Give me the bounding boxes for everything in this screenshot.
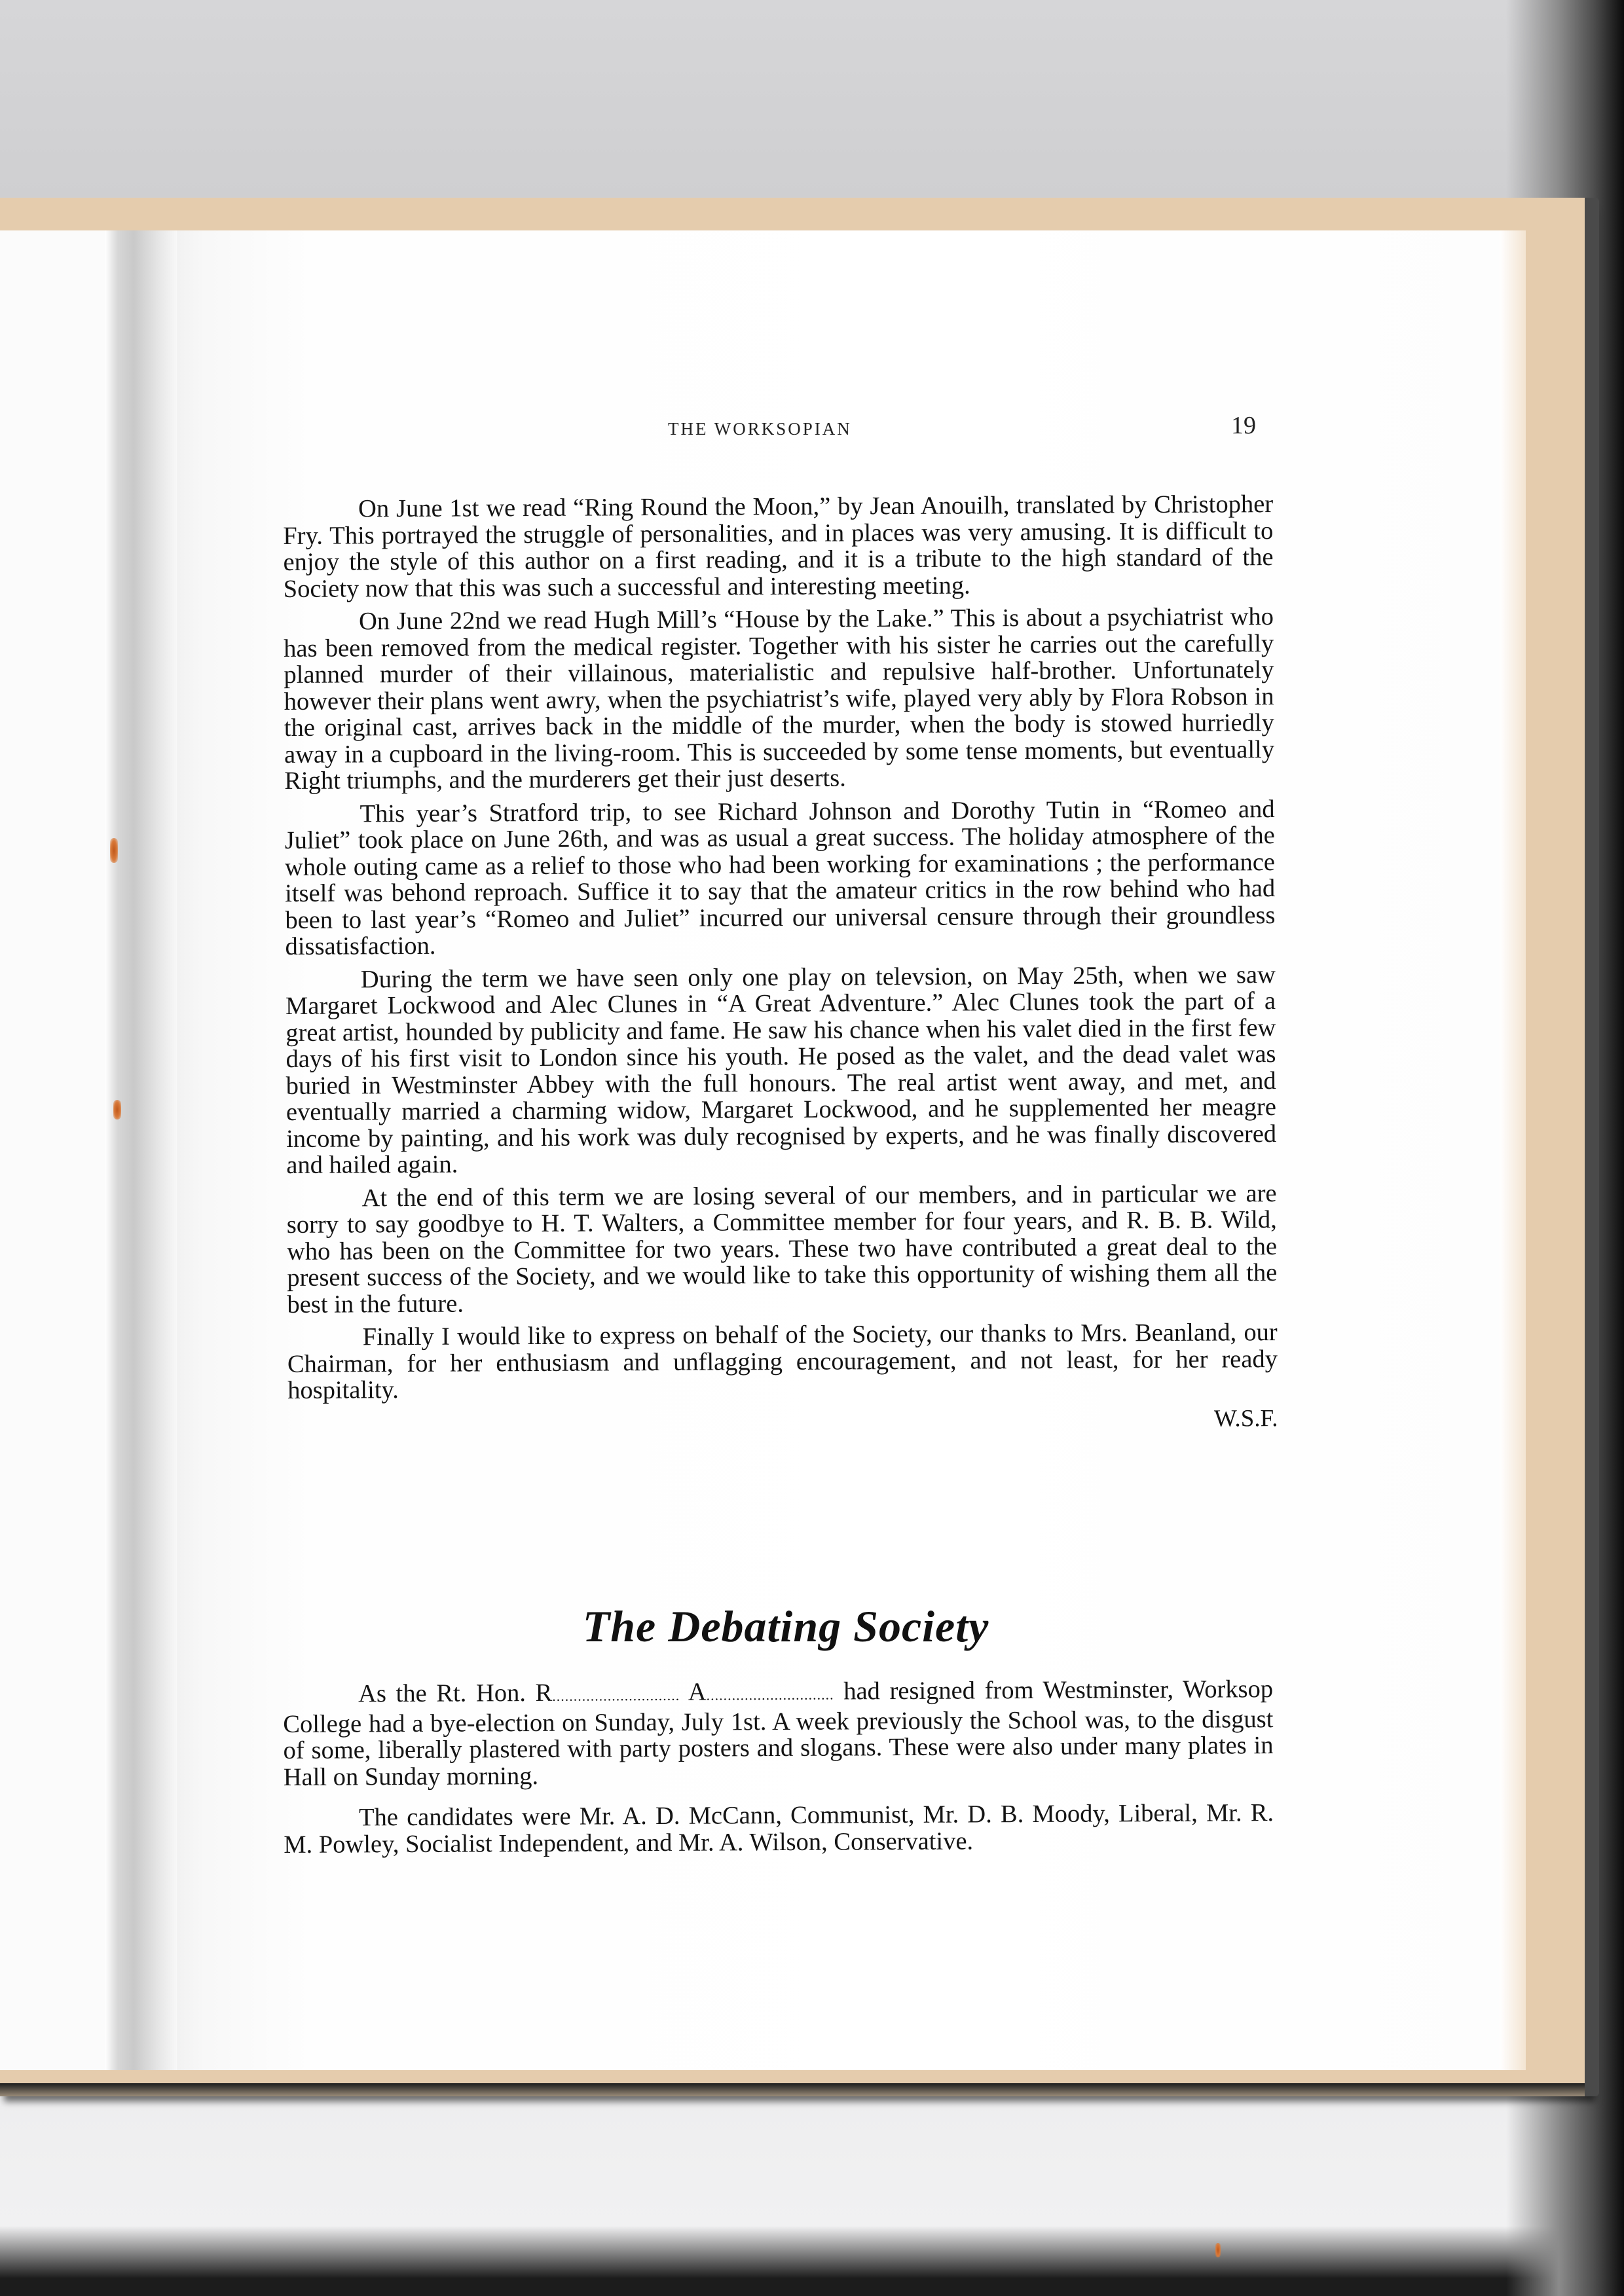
redacted-name-dots: .............................. (552, 1687, 680, 1704)
rust-mark (1215, 2243, 1221, 2257)
book-gutter (105, 230, 177, 2070)
redacted-name-dots: .............................. (707, 1686, 834, 1704)
paragraph: On June 22nd we read Hugh Mill’s “House … (284, 604, 1274, 794)
drama-society-report: On June 1st we read “Ring Round the Moon… (283, 491, 1278, 1437)
paragraph: This year’s Stratford trip, to see Richa… (284, 796, 1275, 960)
paragraph: Finally I would like to express on behal… (287, 1319, 1278, 1404)
section-title: The Debating Society (282, 1601, 1290, 1652)
page-number: 19 (1231, 411, 1256, 440)
running-header: THE WORKSOPIAN (668, 419, 852, 439)
text: A (680, 1679, 707, 1706)
cover-bottom-shadow (0, 2083, 1585, 2096)
paragraph: As the Rt. Hon. R.......................… (283, 1676, 1274, 1791)
rust-mark (113, 1100, 121, 1120)
paragraph: On June 1st we read “Ring Round the Moon… (283, 491, 1274, 602)
author-signature: W.S.F. (287, 1406, 1278, 1437)
left-page-sliver (0, 230, 111, 2070)
paragraph: The candidates were Mr. A. D. McCann, Co… (284, 1800, 1274, 1858)
text: As the Rt. Hon. R (358, 1679, 552, 1708)
page-edge (1500, 230, 1526, 2070)
paragraph: During the term we have seen only one pl… (286, 962, 1277, 1179)
debating-society-report: As the Rt. Hon. R.......................… (283, 1676, 1274, 1872)
paragraph: At the end of this term we are losing se… (287, 1180, 1278, 1318)
rust-mark (110, 838, 118, 863)
